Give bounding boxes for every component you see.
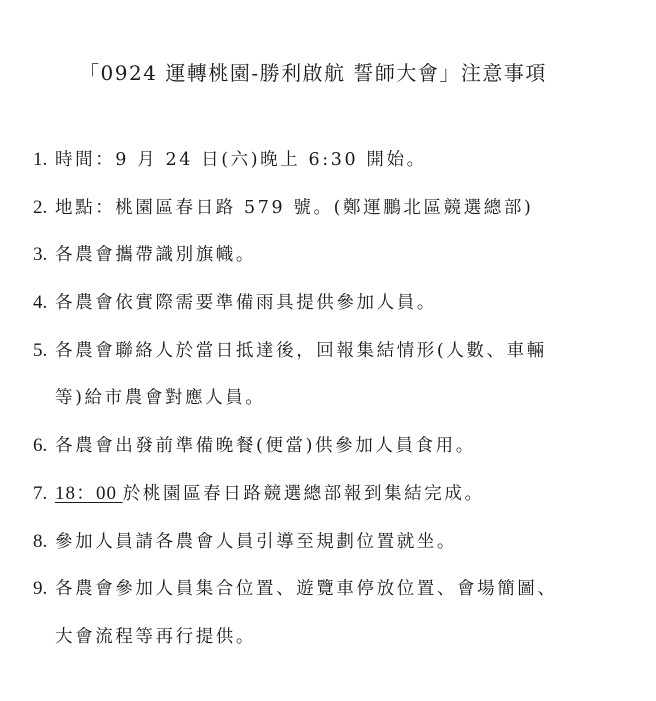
item-number: 8. — [33, 528, 55, 556]
list-item-line: 6. 各農會出發前準備晚餐(便當)供參加人員食用。 — [33, 432, 633, 480]
item-text: 大會流程等再行提供。 — [55, 623, 256, 651]
list-item-line: 9. 各農會參加人員集合位置、遊覽車停放位置、會場簡圖、 — [33, 575, 633, 623]
item-text: 地點：桃園區春日路 579 號。(鄭運鵬北區競選總部) — [55, 194, 533, 222]
item-text: 參加人員請各農會人員引導至規劃位置就坐。 — [55, 528, 457, 556]
item-number: 4. — [33, 289, 55, 317]
list-item-5: 5. 各農會聯絡人於當日抵達後，回報集結情形(人數、車輛 等)給市農會對應人員。 — [33, 337, 633, 432]
list-item-line: 8. 參加人員請各農會人員引導至規劃位置就坐。 — [33, 528, 633, 576]
item-text: 等)給市農會對應人員。 — [55, 384, 265, 412]
list-item-line: 4. 各農會依實際需要準備雨具提供參加人員。 — [33, 289, 633, 337]
item-number: 5. — [33, 337, 55, 365]
item-text: 各農會攜帶識別旗幟。 — [55, 241, 256, 269]
item-number: 7. — [33, 480, 55, 508]
list-item-1: 1. 時間：9 月 24 日(六)晚上 6:30 開始。 — [33, 146, 633, 194]
list-item-continuation: 大會流程等再行提供。 — [33, 623, 633, 671]
item-text: 於桃園區春日路競選總部報到集結完成。 — [123, 480, 485, 508]
item-text: 各農會參加人員集合位置、遊覽車停放位置、會場簡圖、 — [55, 575, 558, 603]
list-item-3: 3. 各農會攜帶識別旗幟。 — [33, 241, 633, 289]
item-number: 1. — [33, 146, 55, 174]
item-number: 9. — [33, 575, 55, 603]
notice-list: 1. 時間：9 月 24 日(六)晚上 6:30 開始。 2. 地點：桃園區春日… — [33, 146, 633, 671]
item-number: 6. — [33, 432, 55, 460]
document-page: 「0924 運轉桃園-勝利啟航 誓師大會」注意事項 1. 時間：9 月 24 日… — [0, 0, 656, 701]
list-item-continuation: 等)給市農會對應人員。 — [33, 384, 633, 432]
document-title: 「0924 運轉桃園-勝利啟航 誓師大會」注意事項 — [0, 57, 656, 86]
list-item-7: 7. 18：00 於桃園區春日路競選總部報到集結完成。 — [33, 480, 633, 528]
list-item-2: 2. 地點：桃園區春日路 579 號。(鄭運鵬北區競選總部) — [33, 194, 633, 242]
list-item-line: 1. 時間：9 月 24 日(六)晚上 6:30 開始。 — [33, 146, 633, 194]
item-text: 時間：9 月 24 日(六)晚上 6:30 開始。 — [55, 146, 427, 174]
item-text: 各農會依實際需要準備雨具提供參加人員。 — [55, 289, 437, 317]
list-item-line: 5. 各農會聯絡人於當日抵達後，回報集結情形(人數、車輛 — [33, 337, 633, 385]
list-item-line: 2. 地點：桃園區春日路 579 號。(鄭運鵬北區競選總部) — [33, 194, 633, 242]
list-item-4: 4. 各農會依實際需要準備雨具提供參加人員。 — [33, 289, 633, 337]
list-item-8: 8. 參加人員請各農會人員引導至規劃位置就坐。 — [33, 528, 633, 576]
item-text: 各農會出發前準備晚餐(便當)供參加人員食用。 — [55, 432, 476, 460]
item-text: 各農會聯絡人於當日抵達後，回報集結情形(人數、車輛 — [55, 337, 547, 365]
underlined-time: 18：00 — [55, 480, 123, 508]
list-item-line: 7. 18：00 於桃園區春日路競選總部報到集結完成。 — [33, 480, 633, 528]
list-item-line: 3. 各農會攜帶識別旗幟。 — [33, 241, 633, 289]
item-number: 2. — [33, 194, 55, 222]
list-item-6: 6. 各農會出發前準備晚餐(便當)供參加人員食用。 — [33, 432, 633, 480]
item-number: 3. — [33, 241, 55, 269]
list-item-9: 9. 各農會參加人員集合位置、遊覽車停放位置、會場簡圖、 大會流程等再行提供。 — [33, 575, 633, 670]
